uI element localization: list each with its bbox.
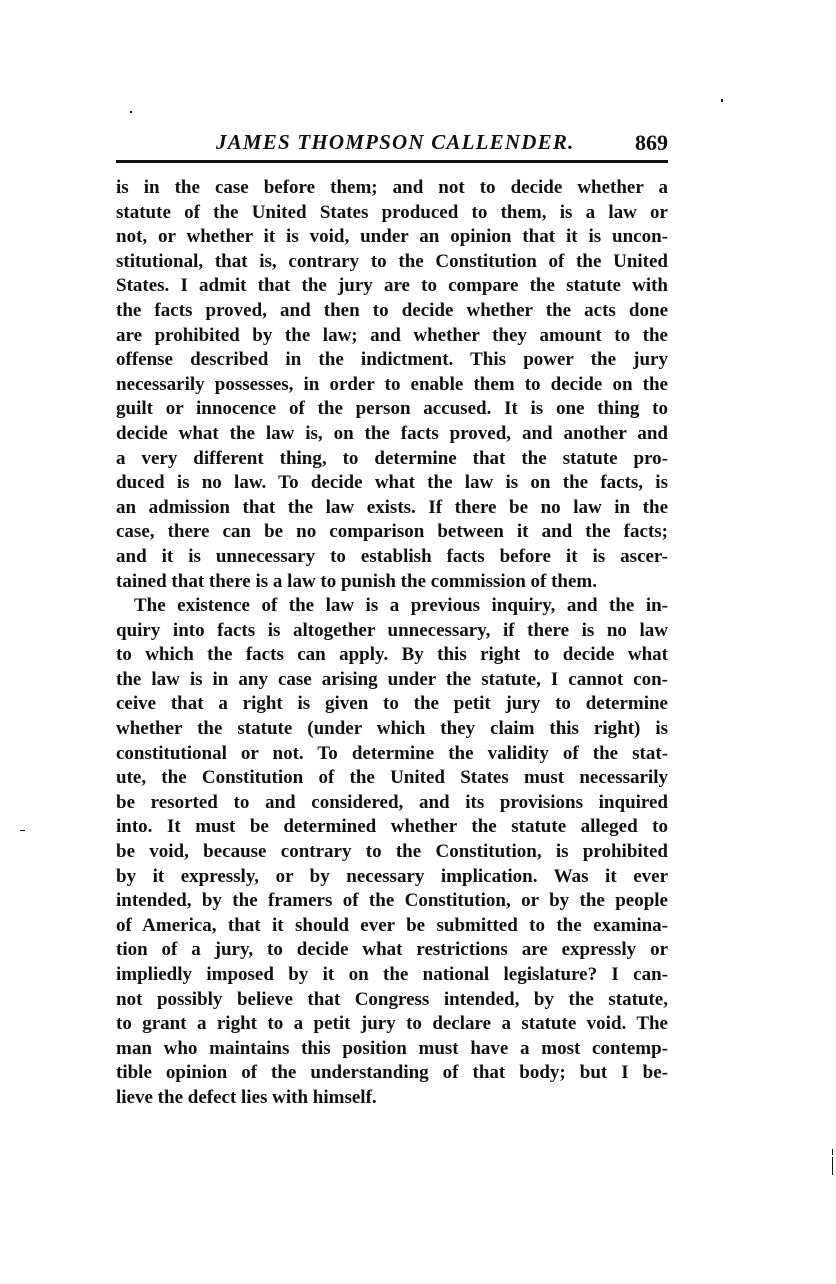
text-line: statute of the United States produced to… <box>116 201 668 226</box>
text-line: an admission that the law exists. If the… <box>116 496 668 521</box>
text-line: and it is unnecessary to establish facts… <box>116 545 668 570</box>
scan-speck <box>130 111 132 113</box>
page-number: 869 <box>635 130 668 156</box>
text-line: offense described in the indictment. Thi… <box>116 348 668 373</box>
text-line: a very different thing, to determine tha… <box>116 447 668 472</box>
text-line: ute, the Constitution of the United Stat… <box>116 766 668 791</box>
text-line: States. I admit that the jury are to com… <box>116 274 668 299</box>
page-header: JAMES THOMPSON CALLENDER. 869 <box>116 128 668 164</box>
text-line: guilt or innocence of the person accused… <box>116 397 668 422</box>
text-line: decide what the law is, on the facts pro… <box>116 422 668 447</box>
text-line: of America, that it should ever be submi… <box>116 914 668 939</box>
text-line: tible opinion of the understanding of th… <box>116 1061 668 1086</box>
scan-edge-line <box>832 1149 833 1155</box>
text-line: not possibly believe that Congress inten… <box>116 988 668 1013</box>
scan-dash <box>20 830 25 831</box>
scan-speck <box>721 99 723 102</box>
text-line: not, or whether it is void, under an opi… <box>116 225 668 250</box>
text-line: ceive that a right is given to the petit… <box>116 692 668 717</box>
text-line: whether the statute (under which they cl… <box>116 717 668 742</box>
text-line: tion of a jury, to decide what restricti… <box>116 938 668 963</box>
text-line: tained that there is a law to punish the… <box>116 570 668 595</box>
text-line: by it expressly, or by necessary implica… <box>116 865 668 890</box>
body-text: is in the case before them; and not to d… <box>116 176 668 1111</box>
text-line: necessarily possesses, in order to enabl… <box>116 373 668 398</box>
text-line: the facts proved, and then to decide whe… <box>116 299 668 324</box>
text-line: case, there can be no comparison between… <box>116 520 668 545</box>
text-line: be void, because contrary to the Constit… <box>116 840 668 865</box>
text-line: stitutional, that is, contrary to the Co… <box>116 250 668 275</box>
text-line: quiry into facts is altogether unnecessa… <box>116 619 668 644</box>
text-line: to which the facts can apply. By this ri… <box>116 643 668 668</box>
text-line: duced is no law. To decide what the law … <box>116 471 668 496</box>
scan-edge-line <box>832 1157 833 1175</box>
text-line: constitutional or not. To determine the … <box>116 742 668 767</box>
text-line: is in the case before them; and not to d… <box>116 176 668 201</box>
header-rule <box>116 160 668 163</box>
text-line: into. It must be determined whether the … <box>116 815 668 840</box>
text-line: be resorted to and considered, and its p… <box>116 791 668 816</box>
text-line: man who maintains this position must hav… <box>116 1037 668 1062</box>
text-line: lieve the defect lies with himself. <box>116 1086 668 1111</box>
text-line: impliedly imposed by it on the national … <box>116 963 668 988</box>
text-line: are prohibited by the law; and whether t… <box>116 324 668 349</box>
text-line: the law is in any case arising under the… <box>116 668 668 693</box>
running-title: JAMES THOMPSON CALLENDER. <box>216 130 574 155</box>
paragraph-start-line: The existence of the law is a previous i… <box>116 594 668 619</box>
text-line: intended, by the framers of the Constitu… <box>116 889 668 914</box>
text-line: to grant a right to a petit jury to decl… <box>116 1012 668 1037</box>
